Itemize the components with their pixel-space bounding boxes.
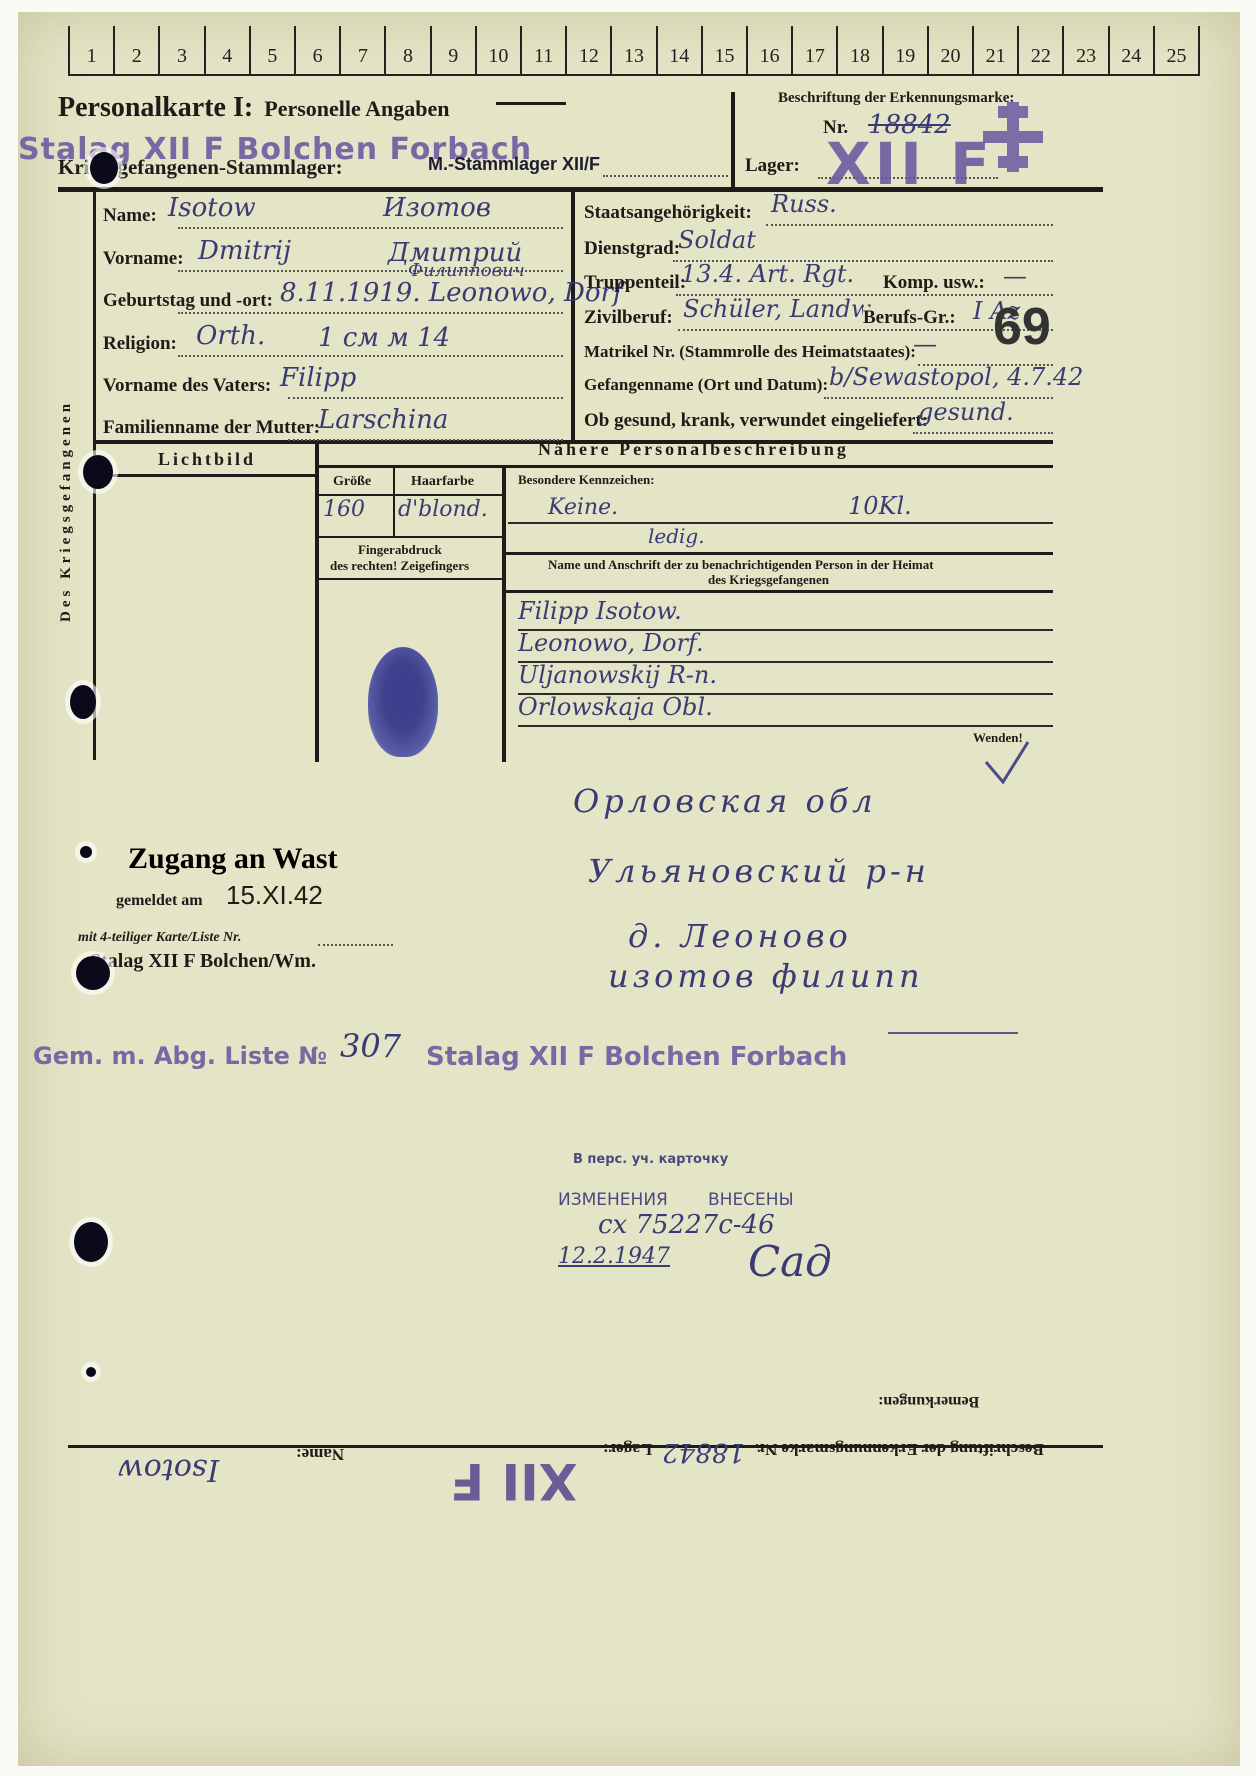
field-label: Staatsangehörigkeit: — [584, 202, 752, 224]
column-number: 21 — [974, 26, 1019, 74]
column-number: 11 — [522, 26, 567, 74]
marks-extra: 10Kl. — [848, 492, 912, 520]
field-value: Isotow — [168, 193, 256, 223]
column-number: 10 — [477, 26, 522, 74]
fingerprint-divider — [502, 468, 506, 762]
field-value: Filipp — [280, 363, 356, 393]
contact-line: Uljanowskij R-n. — [518, 661, 717, 689]
fingerprint-image — [368, 647, 438, 757]
gemeldet-value: 15.XI.42 — [226, 880, 323, 911]
soviet-stamp-signature: Сад — [748, 1237, 832, 1286]
field-label: Dienstgrad: — [584, 238, 680, 260]
title-sub: Personelle Angaben — [264, 96, 449, 121]
field-label: Truppenteil: — [584, 272, 686, 294]
field-dots — [288, 397, 563, 399]
checkmark-icon — [978, 732, 1038, 792]
karte-label: mit 4-teiliger Karte/Liste Nr. — [78, 930, 241, 946]
field-dots — [913, 432, 1053, 434]
russian-note-line: Орловская обл — [573, 782, 877, 820]
contact-top-rule — [505, 552, 1053, 555]
column-number: 13 — [612, 26, 657, 74]
field-label: Zivilberuf: — [584, 307, 673, 329]
field-value: 13.4. Art. Rgt. — [681, 260, 854, 288]
field-extra-value: — — [1003, 262, 1027, 290]
field-value-secondary: Изотов — [383, 193, 491, 223]
gem-stamp-prefix: Gem. m. Abg. Liste № — [33, 1042, 327, 1070]
punch-hole — [80, 846, 92, 858]
header-rule — [58, 187, 1103, 192]
photo-rule — [93, 474, 318, 477]
bemerkungen-label: Bemerkungen: — [878, 1392, 979, 1410]
gemeldet-label: gemeldet am — [116, 892, 203, 910]
field-value: Dmitrij — [198, 236, 291, 266]
field-label: Ob gesund, krank, verwundet eingeliefert… — [584, 410, 928, 432]
field-extra-label: Berufs-Gr.: — [863, 307, 956, 329]
soviet-stamp-ref: сх 75227с-46 — [598, 1210, 775, 1240]
bottom-erkennungsmarke-label: Beschriftung der Erkennungsmarke Nr. — [755, 1439, 1044, 1459]
column-number: 16 — [748, 26, 793, 74]
lager-label: Lager: — [745, 155, 800, 177]
column-number: 14 — [658, 26, 703, 74]
side-label: Des Kriegsgefangenen — [58, 400, 75, 622]
size-divider — [393, 468, 395, 538]
field-value: Orth. — [196, 321, 265, 351]
column-number: 3 — [160, 26, 205, 74]
column-number: 23 — [1064, 26, 1109, 74]
header-dash — [496, 102, 566, 105]
field-value: Schüler, Landw. — [683, 295, 876, 323]
field-value-secondary: 1 см м 14 — [318, 323, 450, 353]
soviet-stamp-date: 12.2.1947 — [558, 1244, 670, 1269]
field-value-secondary: Филиппович — [408, 260, 525, 281]
photo-divider — [315, 442, 319, 762]
column-number: 2 — [115, 26, 160, 74]
russian-note-line: Ульяновский р-н — [588, 852, 930, 890]
punch-hole — [90, 152, 118, 184]
soviet-stamp-line2b: ВНЕСЕНЫ — [708, 1190, 794, 1210]
fingerprint-rule — [318, 578, 503, 580]
russian-note-line: изотов филипп — [608, 957, 924, 995]
mid-divider — [571, 190, 575, 442]
size-label: Größe — [333, 474, 371, 490]
bottom-lager-value: XII F — [450, 1452, 577, 1510]
field-label: Matrikel Nr. (Stammrolle des Heimatstaat… — [584, 342, 916, 362]
zugang-title: Zugang an Wast — [128, 842, 338, 876]
field-label: Geburtstag und -ort: — [103, 290, 273, 312]
column-number: 15 — [703, 26, 748, 74]
header-divider — [731, 92, 735, 187]
column-number: 18 — [838, 26, 883, 74]
column-number: 8 — [386, 26, 431, 74]
fingerprint-label-1: Fingerabdruck — [358, 542, 442, 558]
field-dots — [766, 224, 1053, 226]
field-label: Gefangenname (Ort und Datum): — [584, 375, 828, 395]
field-dots — [288, 439, 563, 441]
column-number-strip: 1234567891011121314151617181920212223242… — [68, 26, 1200, 76]
zugang-stalag: Stalag XII F Bolchen/Wm. — [90, 950, 316, 973]
marks-value: Keine. — [548, 495, 618, 520]
contact-header-2: des Kriegsgefangenen — [708, 572, 829, 588]
column-number: 7 — [341, 26, 386, 74]
margin-number: 69 — [993, 297, 1051, 357]
punch-hole — [86, 1367, 96, 1377]
column-number: 19 — [884, 26, 929, 74]
field-extra-label: Komp. usw.: — [883, 272, 985, 294]
field-value: Larschina — [318, 405, 448, 435]
bottom-name-label: Name: — [296, 1444, 344, 1464]
field-value: 8.11.1919. Leonowo, Dorf — [280, 278, 623, 308]
column-number: 12 — [567, 26, 612, 74]
field-value: Russ. — [771, 190, 837, 218]
column-number: 25 — [1155, 26, 1200, 74]
description-rule — [318, 465, 1053, 468]
punch-hole — [76, 956, 110, 990]
bottom-lager-label: Lager: — [603, 1439, 652, 1459]
hair-label: Haarfarbe — [411, 474, 474, 490]
field-label: Name: — [103, 205, 157, 227]
bottom-name-value: Isotow — [118, 1452, 219, 1487]
punch-hole — [83, 455, 113, 489]
fingerprint-label-2: des rechten! Zeigefingers — [330, 558, 469, 574]
card-title: Personalkarte I: Personelle Angaben — [58, 92, 449, 124]
marks-note: ledig. — [648, 524, 705, 548]
column-number: 9 — [432, 26, 477, 74]
gem-stamp-suffix: Stalag XII F Bolchen Forbach — [426, 1042, 847, 1072]
photo-label: Lichtbild — [158, 449, 256, 470]
description-header: Nähere Personalbeschreibung — [538, 439, 849, 460]
soviet-stamp-line2a: ИЗМЕНЕНИЯ — [558, 1190, 668, 1210]
contact-header-rule — [505, 590, 1053, 593]
column-number: 17 — [793, 26, 838, 74]
soviet-stamp-line1: В перс. уч. карточку — [573, 1152, 728, 1167]
russian-note-line: д. Леоново — [628, 917, 852, 955]
column-number: 4 — [206, 26, 251, 74]
pen-stroke — [888, 1032, 1018, 1034]
field-value: b/Sewastopol, 4.7.42 — [829, 363, 1083, 391]
field-dots — [178, 355, 563, 357]
karte-dots — [318, 944, 393, 946]
field-dots — [178, 312, 563, 314]
contact-underline — [518, 725, 1053, 727]
title-main: Personalkarte I: — [58, 92, 253, 123]
cross-stamp-icon — [968, 92, 1058, 182]
contact-line: Orlowskaja Obl. — [518, 693, 713, 721]
bottom-strip: Beschriftung der Erkennungsmarke Nr. 188… — [603, 1437, 1044, 1467]
size-hair-rule — [318, 494, 503, 496]
column-number: 22 — [1019, 26, 1064, 74]
contact-line: Leonowo, Dorf. — [518, 629, 704, 657]
size-value: 160 — [323, 497, 365, 522]
column-number: 20 — [929, 26, 974, 74]
field-value: Soldat — [678, 226, 756, 254]
hair-value: d'blond. — [398, 497, 488, 522]
contact-line: Filipp Isotow. — [518, 597, 682, 625]
gem-stamp-number: 307 — [340, 1027, 401, 1065]
m-stammlager-stamp: M.-Stammlager XII/F — [428, 154, 600, 175]
bottom-nr-value: 18842 — [662, 1437, 745, 1467]
field-value: gesund. — [918, 398, 1014, 426]
field-label: Vorname des Vaters: — [103, 375, 271, 397]
field-value: — — [913, 330, 937, 358]
field-label: Familienname der Mutter: — [103, 417, 320, 439]
field-label: Religion: — [103, 333, 177, 355]
size-hair-bottom — [318, 536, 503, 538]
column-number: 6 — [296, 26, 341, 74]
punch-hole — [70, 685, 96, 719]
column-number: 1 — [70, 26, 115, 74]
marks-label: Besondere Kennzeichen: — [518, 472, 655, 488]
field-label: Vorname: — [103, 248, 184, 270]
personnel-card: 1234567891011121314151617181920212223242… — [18, 12, 1240, 1766]
contact-header-1: Name und Anschrift der zu benachrichtige… — [548, 557, 934, 573]
field-dots — [178, 227, 563, 229]
column-number: 24 — [1110, 26, 1155, 74]
punch-hole — [74, 1222, 108, 1262]
stammlager-dots — [603, 175, 728, 177]
column-number: 5 — [251, 26, 296, 74]
marks-line — [508, 522, 1053, 524]
